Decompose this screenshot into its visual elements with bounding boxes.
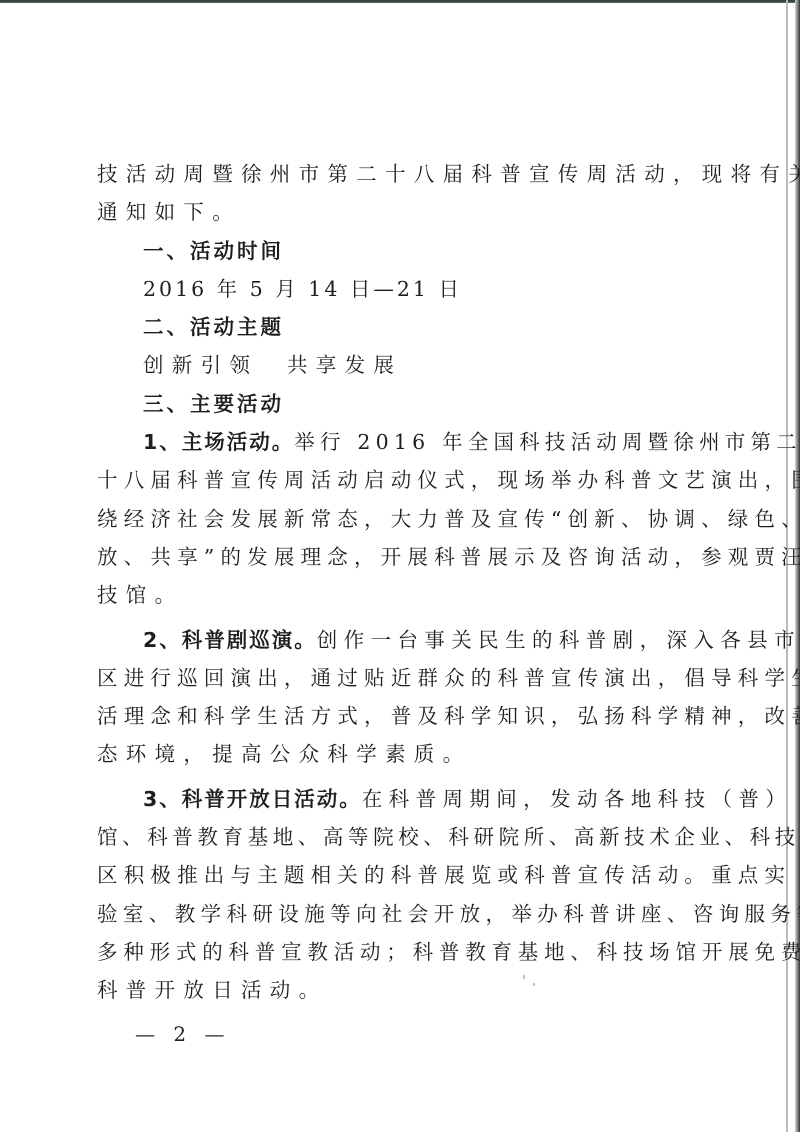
paragraph-line: 区进行巡回演出，通过贴近群众的科普宣传演出，倡导科学生 [97,659,697,697]
paragraph-line: 馆、科普教育基地、高等院校、科研院所、高新技术企业、科技园 [97,818,697,856]
scan-speck [533,983,535,986]
activity-item-lead: 2、科普剧巡演。 [143,628,317,652]
paragraph-line: 技活动周暨徐州市第二十八届科普宣传周活动，现将有关事项 [97,155,697,193]
paragraph-line: 绕经济社会发展新常态，大力普及宣传“创新、协调、绿色、开 [97,500,697,538]
activity-item-text: 举行 2016 年全国科技活动周暨徐州市第二 [294,430,800,454]
document-body: 技活动周暨徐州市第二十八届科普宣传周活动，现将有关事项 通知如下。 一、活动时间… [97,155,697,1010]
paragraph-line: 十八届科普宣传周活动启动仪式，现场举办科普文艺演出，围 [97,461,697,499]
paragraph-line: 区积极推出与主题相关的科普展览或科普宣传活动。重点实 [97,856,697,894]
section-heading-time: 一、活动时间 [97,232,697,270]
activity-item-1-first-line: 1、主场活动。举行 2016 年全国科技活动周暨徐州市第二 [97,423,697,461]
paragraph-line: 放、共享”的发展理念，开展科普展示及咨询活动，参观贾汪科 [97,538,697,576]
paragraph-line: 验室、教学科研设施等向社会开放，举办科普讲座、咨询服务等 [97,895,697,933]
scan-border-top [0,0,800,3]
page-number: — 2 — [135,1022,230,1046]
activity-theme: 创新引领 共享发展 [97,346,697,384]
paragraph-line: 技馆。 [97,576,697,614]
scan-speck [523,975,525,979]
section-heading-theme: 二、活动主题 [97,308,697,346]
activity-dates: 2016 年 5 月 14 日—21 日 [97,270,697,308]
activity-item-text: 创作一台事关民生的科普剧，深入各县市 [317,628,800,652]
activity-item-3-first-line: 3、科普开放日活动。在科普周期间，发动各地科技（普） [97,780,697,818]
activity-item-text: 在科普周期间，发动各地科技（普） [362,787,792,811]
paragraph-line: 科普开放日活动。 [97,971,697,1009]
paragraph-line: 通知如下。 [97,193,697,231]
paragraph-line: 多种形式的科普宣教活动；科普教育基地、科技场馆开展免费 [97,933,697,971]
activity-item-lead: 3、科普开放日活动。 [143,787,362,811]
paragraph-line: 态环境，提高公众科学素质。 [97,735,697,773]
section-heading-main-activities: 三、主要活动 [97,385,697,423]
activity-item-lead: 1、主场活动。 [143,430,294,454]
paragraph-line: 活理念和科学生活方式，普及科学知识，弘扬科学精神，改善生 [97,697,697,735]
activity-item-2-first-line: 2、科普剧巡演。创作一台事关民生的科普剧，深入各县市 [97,621,697,659]
